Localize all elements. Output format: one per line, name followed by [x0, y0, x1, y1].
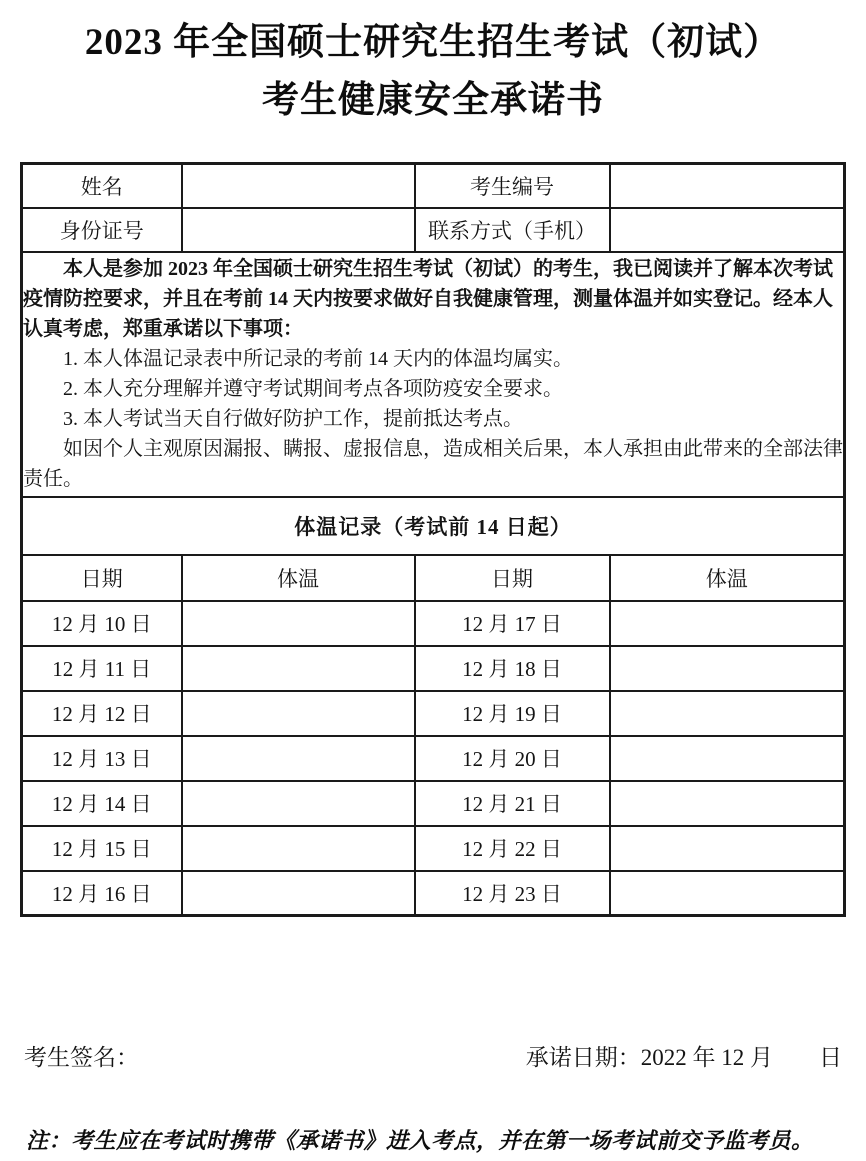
temp-date-cell: 12 月 23 日 [415, 871, 610, 916]
temp-date-cell: 12 月 12 日 [22, 691, 182, 736]
footer-note: 注：考生应在考试时携带《承诺书》进入考点，并在第一场考试前交予监考员。 [26, 1124, 852, 1155]
temp-value-cell [182, 601, 415, 646]
temp-date-cell: 12 月 22 日 [415, 826, 610, 871]
document-title: 2023 年全国硕士研究生招生考试（初试） 考生健康安全承诺书 [0, 14, 866, 130]
temp-value-cell [610, 781, 845, 826]
temp-header-date-2: 日期 [415, 555, 610, 601]
temp-date-cell: 12 月 17 日 [415, 601, 610, 646]
temperature-title-row: 体温记录（考试前 14 日起） [22, 497, 845, 555]
temp-value-cell [182, 871, 415, 916]
temp-date-cell: 12 月 16 日 [22, 871, 182, 916]
temperature-record-title: 体温记录（考试前 14 日起） [22, 497, 845, 555]
phone-label-cell: 联系方式（手机） [415, 208, 610, 252]
temp-date-cell: 12 月 10 日 [22, 601, 182, 646]
candidate-number-label-cell: 考生编号 [415, 164, 610, 208]
title-line-2: 考生健康安全承诺书 [0, 72, 866, 130]
temp-row: 12 月 16 日 12 月 23 日 [22, 871, 845, 916]
info-row-1: 姓名 考生编号 [22, 164, 845, 208]
temp-row: 12 月 10 日 12 月 17 日 [22, 601, 845, 646]
name-value-cell [182, 164, 415, 208]
temp-date-cell: 12 月 21 日 [415, 781, 610, 826]
temp-date-cell: 12 月 11 日 [22, 646, 182, 691]
temp-value-cell [610, 871, 845, 916]
info-row-2: 身份证号 联系方式（手机） [22, 208, 845, 252]
temp-value-cell [182, 646, 415, 691]
temp-value-cell [182, 826, 415, 871]
temp-header-date-1: 日期 [22, 555, 182, 601]
temp-value-cell [182, 781, 415, 826]
temp-header-temp-1: 体温 [182, 555, 415, 601]
temp-date-cell: 12 月 13 日 [22, 736, 182, 781]
name-label-cell: 姓名 [22, 164, 182, 208]
pledge-date-label: 承诺日期：2022 年 12 月 日 [526, 1039, 842, 1072]
temperature-header-row: 日期 体温 日期 体温 [22, 555, 845, 601]
temp-date-cell: 12 月 14 日 [22, 781, 182, 826]
candidate-number-value-cell [610, 164, 845, 208]
temp-date-cell: 12 月 20 日 [415, 736, 610, 781]
temp-row: 12 月 11 日 12 月 18 日 [22, 646, 845, 691]
pledge-intro: 本人是参加 2023 年全国硕士研究生招生考试（初试）的考生，我已阅读并了解本次… [23, 254, 843, 344]
temp-value-cell [610, 646, 845, 691]
pledge-text-cell: 本人是参加 2023 年全国硕士研究生招生考试（初试）的考生，我已阅读并了解本次… [22, 252, 845, 497]
title-line-1: 2023 年全国硕士研究生招生考试（初试） [0, 14, 866, 72]
temp-value-cell [610, 736, 845, 781]
temp-date-cell: 12 月 15 日 [22, 826, 182, 871]
pledge-row: 本人是参加 2023 年全国硕士研究生招生考试（初试）的考生，我已阅读并了解本次… [22, 252, 845, 497]
temp-row: 12 月 15 日 12 月 22 日 [22, 826, 845, 871]
pledge-item-3: 3. 本人考试当天自行做好防护工作，提前抵达考点。 [23, 404, 843, 434]
phone-value-cell [610, 208, 845, 252]
temp-date-cell: 12 月 18 日 [415, 646, 610, 691]
id-number-label-cell: 身份证号 [22, 208, 182, 252]
temp-row: 12 月 13 日 12 月 20 日 [22, 736, 845, 781]
temp-date-cell: 12 月 19 日 [415, 691, 610, 736]
commitment-form-table: 姓名 考生编号 身份证号 联系方式（手机） 本人是参加 2023 年全国硕士研究… [20, 162, 846, 917]
id-number-value-cell [182, 208, 415, 252]
temp-value-cell [610, 691, 845, 736]
temp-value-cell [182, 691, 415, 736]
signature-label: 考生签名： [24, 1039, 139, 1072]
temp-header-temp-2: 体温 [610, 555, 845, 601]
signature-row: 考生签名： 承诺日期：2022 年 12 月 日 [24, 1039, 842, 1072]
pledge-item-1: 1. 本人体温记录表中所记录的考前 14 天内的体温均属实。 [23, 344, 843, 374]
temp-row: 12 月 12 日 12 月 19 日 [22, 691, 845, 736]
temp-value-cell [610, 826, 845, 871]
temp-value-cell [610, 601, 845, 646]
page: 2023 年全国硕士研究生招生考试（初试） 考生健康安全承诺书 姓名 考生编号 … [0, 0, 866, 1161]
temp-value-cell [182, 736, 415, 781]
pledge-item-2: 2. 本人充分理解并遵守考试期间考点各项防疫安全要求。 [23, 374, 843, 404]
temp-row: 12 月 14 日 12 月 21 日 [22, 781, 845, 826]
pledge-closing: 如因个人主观原因漏报、瞒报、虚报信息，造成相关后果，本人承担由此带来的全部法律责… [23, 434, 843, 494]
